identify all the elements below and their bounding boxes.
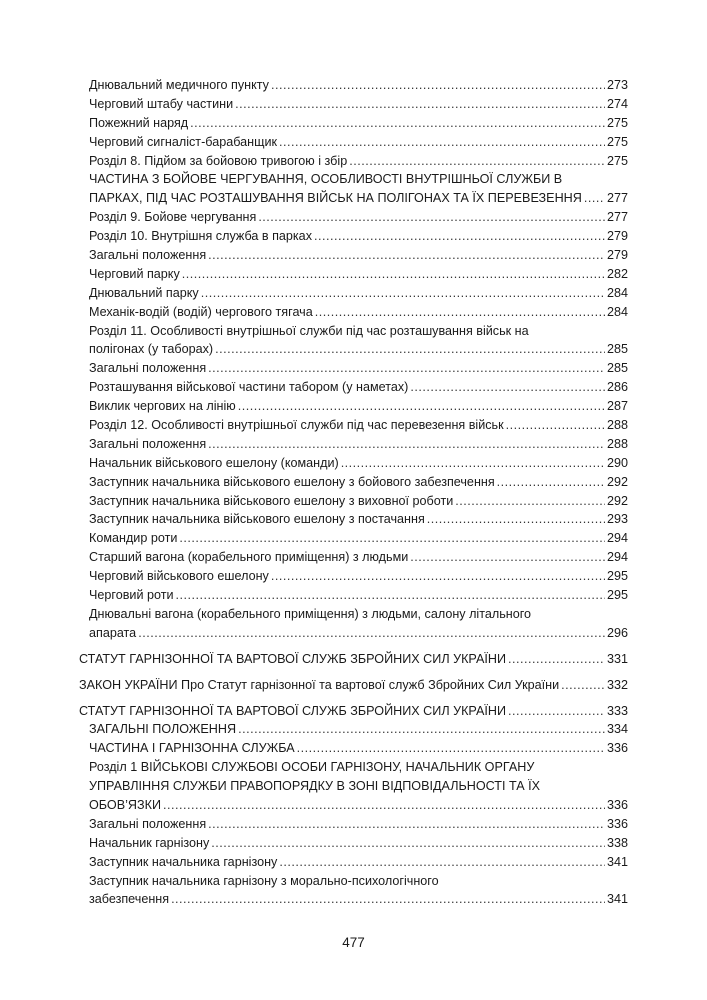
toc-entry-continuation[interactable]: забезпечення341 [0,890,707,909]
toc-page-number: 294 [607,529,628,548]
dot-leader [279,133,605,152]
toc-page-number: 286 [607,378,628,397]
toc-entry[interactable]: Заступник начальника військового ешелону… [0,510,707,529]
dot-leader [138,624,605,643]
toc-entry[interactable]: ЧАСТИНА З БОЙОВЕ ЧЕРГУВАННЯ, ОСОБЛИВОСТІ… [0,170,707,189]
toc-page-number: 284 [607,284,628,303]
toc-page-number: 273 [607,76,628,95]
dot-leader [410,378,605,397]
dot-leader [508,650,605,669]
toc-page-number: 333 [607,702,628,721]
toc-entry[interactable]: Загальні положення288 [0,435,707,454]
toc-page-number: 336 [607,796,628,815]
toc-entry[interactable]: Розташування військової частини табором … [0,378,707,397]
toc-page-number: 338 [607,834,628,853]
dot-leader [561,676,605,695]
toc-entry-continuation[interactable]: полігонах (у таборах)285 [0,340,707,359]
dot-leader [215,340,605,359]
page-number: 477 [0,935,707,950]
toc-page-number: 282 [607,265,628,284]
dot-leader [201,284,605,303]
toc-entry[interactable]: Розділ 10. Внутрішня служба в парках279 [0,227,707,246]
toc-entry-top-level[interactable]: ЗАКОН УКРАЇНИ Про Статут гарнізонної та … [0,676,707,695]
toc-page-number: 294 [607,548,628,567]
toc-page-number: 295 [607,567,628,586]
toc-page-number: 292 [607,492,628,511]
toc-page-number: 293 [607,510,628,529]
toc-page-number: 292 [607,473,628,492]
toc-entry[interactable]: Днювальні вагона (корабельного приміщенн… [0,605,707,624]
toc-page-number: 288 [607,435,628,454]
toc-page-number: 296 [607,624,628,643]
toc-entry[interactable]: Загальні положення279 [0,246,707,265]
dot-leader [349,152,605,171]
toc-entry[interactable]: ЗАГАЛЬНІ ПОЛОЖЕННЯ334 [0,720,707,739]
toc-entry[interactable]: Начальник гарнізону338 [0,834,707,853]
toc-entry[interactable]: Черговий парку282 [0,265,707,284]
toc-page-number: 341 [607,890,628,909]
toc-page-number: 277 [607,189,628,208]
dot-leader [208,359,605,378]
toc-entry-continuation[interactable]: ОБОВ’ЯЗКИ336 [0,796,707,815]
toc-entry[interactable]: Механік-водій (водій) чергового тягача28… [0,303,707,322]
dot-leader [235,95,605,114]
toc-entry-continuation[interactable]: ПАРКАХ, ПІД ЧАС РОЗТАШУВАННЯ ВІЙСЬК НА П… [0,189,707,208]
toc-page-number: 336 [607,815,628,834]
dot-leader [176,586,605,605]
dot-leader [427,510,605,529]
toc-entry[interactable]: Розділ 8. Підйом за бойовою тривогою і з… [0,152,707,171]
dot-leader [410,548,605,567]
toc-entry[interactable]: Заступник начальника гарнізону з моральн… [0,872,707,891]
toc-entry[interactable]: Старший вагона (корабельного приміщення)… [0,548,707,567]
toc-entry-top-level[interactable]: СТАТУТ ГАРНІЗОННОЇ ТА ВАРТОВОЇ СЛУЖБ ЗБР… [0,650,707,669]
toc-entry[interactable]: Розділ 11. Особливості внутрішньої служб… [0,322,707,341]
toc-entry[interactable]: Заступник начальника військового ешелону… [0,473,707,492]
toc-entry[interactable]: Днювальний парку284 [0,284,707,303]
dot-leader [208,435,605,454]
toc-entry[interactable]: Розділ 9. Бойове чергування277 [0,208,707,227]
toc-entry[interactable]: Виклик чергових на лінію287 [0,397,707,416]
dot-leader [238,720,605,739]
table-of-contents: Днювальний медичного пункту273 Черговий … [0,76,707,909]
toc-entry[interactable]: Днювальний медичного пункту273 [0,76,707,95]
dot-leader [279,853,605,872]
toc-entry[interactable]: Заступник начальника військового ешелону… [0,492,707,511]
dot-leader [297,739,605,758]
toc-page-number: 275 [607,152,628,171]
toc-entry[interactable]: Начальник військового ешелону (команди)2… [0,454,707,473]
dot-leader [238,397,605,416]
toc-page-number: 341 [607,853,628,872]
toc-page-number: 334 [607,720,628,739]
toc-page-number: 285 [607,340,628,359]
toc-page-number: 275 [607,133,628,152]
toc-page-number: 287 [607,397,628,416]
toc-entry[interactable]: Розділ 1 ВІЙСЬКОВІ СЛУЖБОВІ ОСОБИ ГАРНІЗ… [0,758,707,777]
toc-entry[interactable]: Черговий штабу частини274 [0,95,707,114]
dot-leader [271,567,605,586]
dot-leader [508,702,605,721]
toc-page-number: 285 [607,359,628,378]
dot-leader [341,454,605,473]
toc-entry[interactable]: Пожежний наряд275 [0,114,707,133]
dot-leader [190,114,605,133]
toc-entry[interactable]: Загальні положення285 [0,359,707,378]
toc-entry-continuation[interactable]: УПРАВЛІННЯ СЛУЖБИ ПРАВОПОРЯДКУ В ЗОНІ ВІ… [0,777,707,796]
toc-entry[interactable]: ЧАСТИНА І ГАРНІЗОННА СЛУЖБА336 [0,739,707,758]
dot-leader [208,246,605,265]
toc-page-number: 288 [607,416,628,435]
toc-entry[interactable]: Черговий сигналіст-барабанщик275 [0,133,707,152]
toc-entry[interactable]: Розділ 12. Особливості внутрішньої служб… [0,416,707,435]
dot-leader [171,890,605,909]
dot-leader [211,834,605,853]
dot-leader [208,815,605,834]
toc-page-number: 336 [607,739,628,758]
dot-leader [163,796,605,815]
toc-page-number: 279 [607,246,628,265]
toc-page-number: 284 [607,303,628,322]
toc-page-number: 277 [607,208,628,227]
dot-leader [584,189,605,208]
toc-page-number: 332 [607,676,628,695]
dot-leader [182,265,605,284]
toc-entry[interactable]: Черговий роти295 [0,586,707,605]
dot-leader [506,416,605,435]
toc-page-number: 275 [607,114,628,133]
dot-leader [497,473,605,492]
toc-page-number: 274 [607,95,628,114]
toc-page-number: 279 [607,227,628,246]
dot-leader [315,303,605,322]
toc-page-number: 295 [607,586,628,605]
dot-leader [258,208,605,227]
toc-entry[interactable]: Черговий військового ешелону295 [0,567,707,586]
toc-page-number: 290 [607,454,628,473]
toc-entry[interactable]: Загальні положення336 [0,815,707,834]
dot-leader [455,492,605,511]
toc-entry[interactable]: Заступник начальника гарнізону341 [0,853,707,872]
dot-leader [314,227,605,246]
toc-page-number: 331 [607,650,628,669]
toc-entry-top-level[interactable]: СТАТУТ ГАРНІЗОННОЇ ТА ВАРТОВОЇ СЛУЖБ ЗБР… [0,702,707,721]
toc-entry[interactable]: Командир роти294 [0,529,707,548]
dot-leader [179,529,605,548]
dot-leader [271,76,605,95]
toc-entry-continuation[interactable]: апарата296 [0,624,707,643]
